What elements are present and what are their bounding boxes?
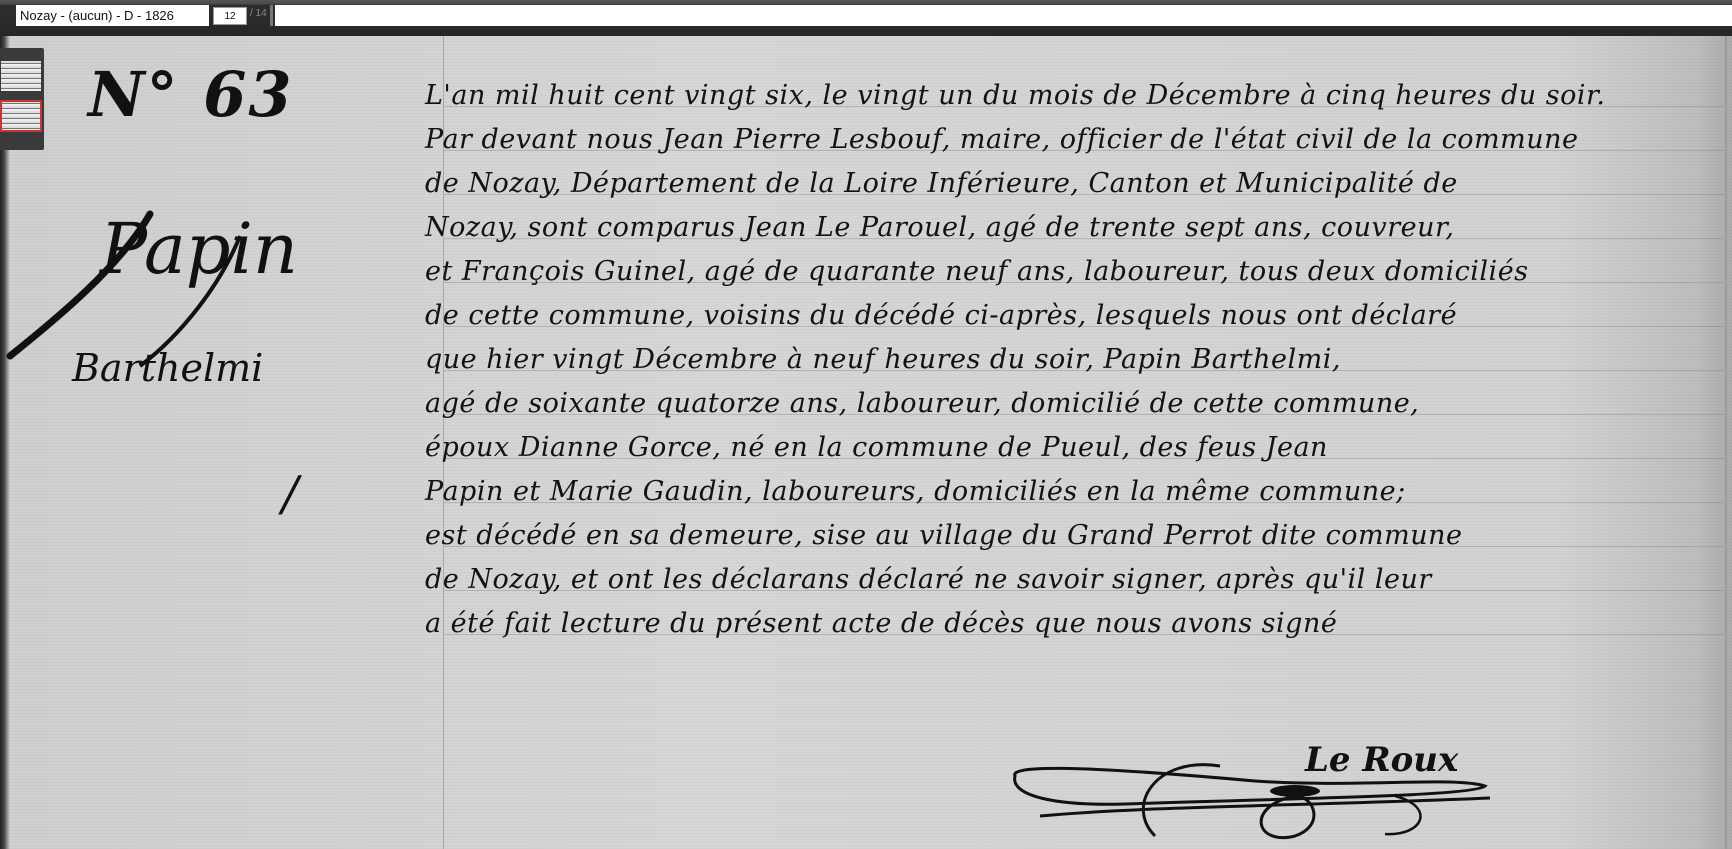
body-line-11: est décédé en sa demeure, sise au villag…	[425, 520, 1463, 551]
document-image-viewer[interactable]: N° 63 Papin Barthelmi / L'an mil huit ce…	[0, 36, 1732, 849]
body-line-6: de cette commune, voisins du décédé ci-a…	[425, 300, 1457, 331]
body-line-8: agé de soixante quatorze ans, laboureur,…	[425, 388, 1419, 419]
page-thumbnail-2-selected[interactable]	[1, 101, 41, 131]
margin-surname: Papin	[100, 208, 298, 290]
body-line-13: a été fait lecture du présent acte de dé…	[425, 608, 1337, 639]
signature-name: Le Roux	[1305, 740, 1458, 780]
search-input[interactable]	[275, 5, 1732, 26]
body-line-7: que hier vingt Décembre à neuf heures du…	[425, 344, 1341, 375]
margin-given-name: Barthelmi	[72, 346, 263, 390]
thumbnail-panel	[0, 48, 44, 150]
body-line-5: et François Guinel, agé de quarante neuf…	[425, 256, 1529, 287]
page-thumbnail-1[interactable]	[1, 61, 41, 91]
page-edge	[1725, 36, 1727, 849]
page-total-label: / 14	[250, 8, 267, 19]
body-line-4: Nozay, sont comparus Jean Le Parouel, ag…	[425, 212, 1455, 243]
toolbar-separator	[270, 5, 273, 26]
body-line-9: époux Dianne Gorce, né en la commune de …	[425, 432, 1328, 463]
body-line-1: L'an mil huit cent vingt six, le vingt u…	[425, 80, 1605, 111]
margin-tally-mark: /	[282, 466, 298, 522]
record-number: N° 63	[88, 58, 294, 131]
body-line-10: Papin et Marie Gaudin, laboureurs, domic…	[425, 476, 1406, 507]
body-line-12: de Nozay, et ont les déclarans déclaré n…	[425, 564, 1432, 595]
body-line-3: de Nozay, Département de la Loire Inféri…	[425, 168, 1458, 199]
mayor-signature: Le Roux	[1005, 726, 1515, 846]
viewer-toolbar: / 14	[0, 0, 1732, 36]
document-title-field[interactable]	[16, 5, 209, 26]
page-number-input[interactable]	[213, 7, 247, 25]
body-line-2: Par devant nous Jean Pierre Lesbouf, mai…	[425, 124, 1578, 155]
